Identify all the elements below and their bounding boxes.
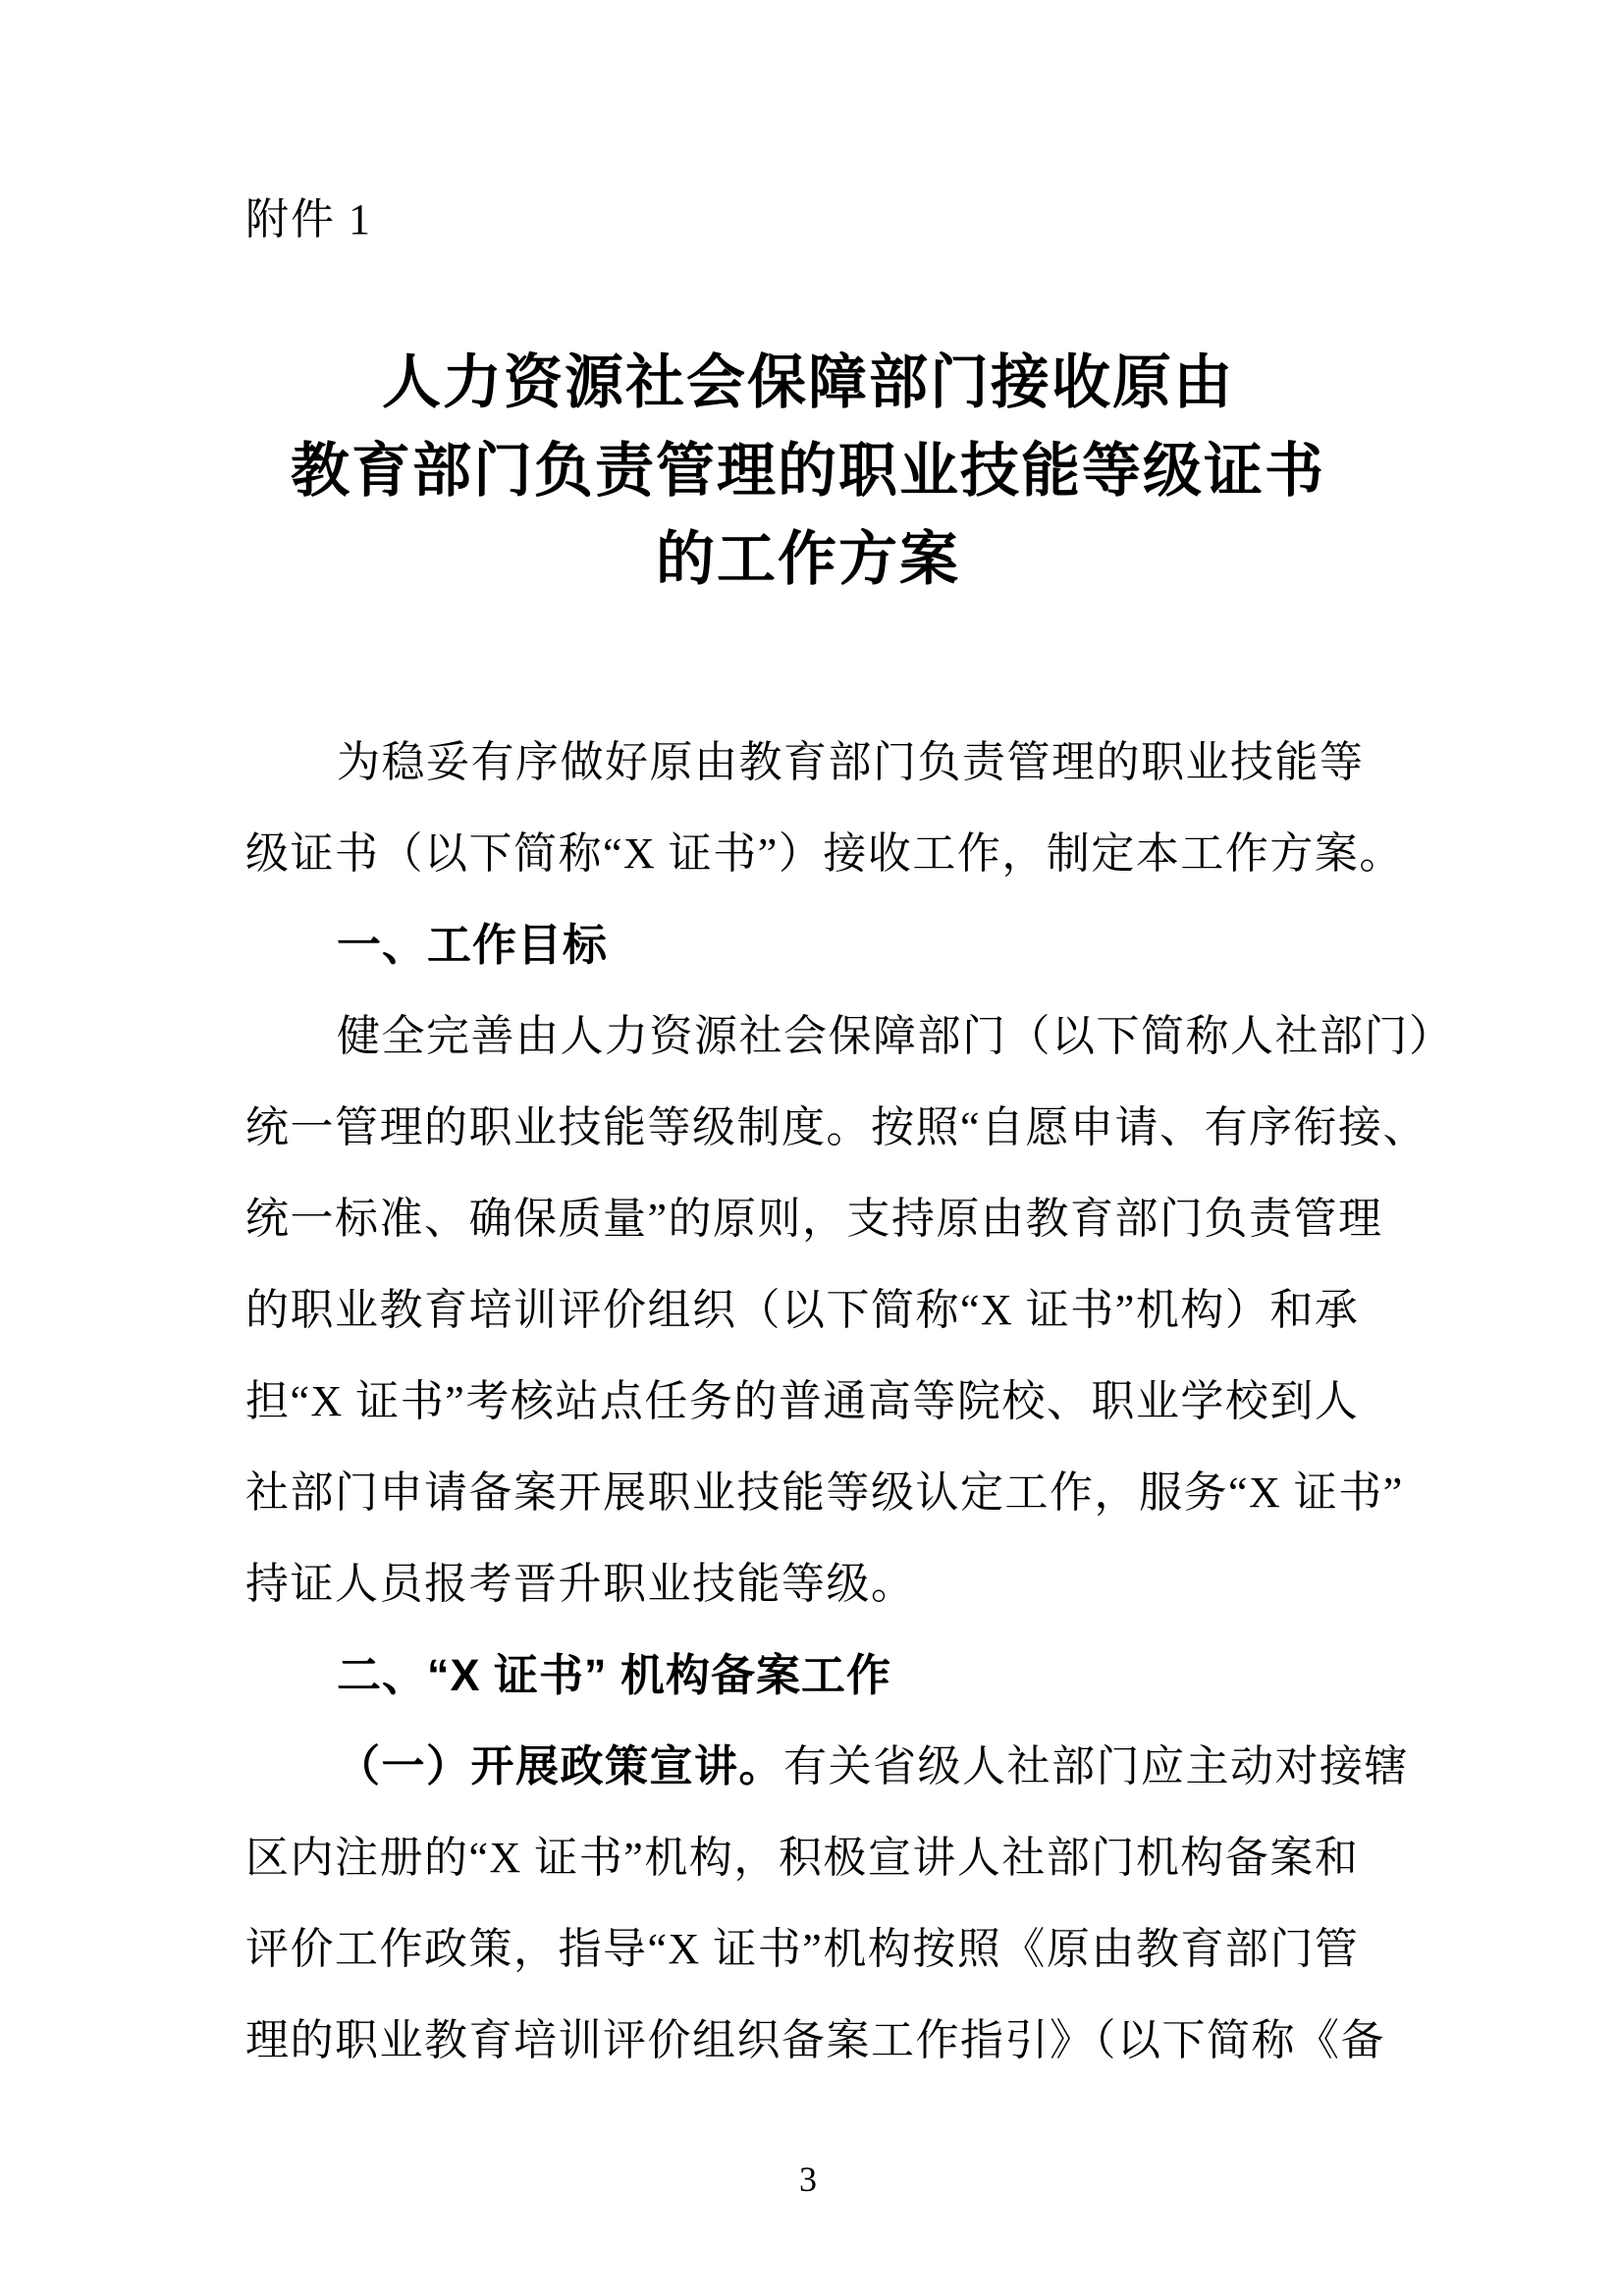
- document-title-line-2: 教育部门负责管理的职业技能等级证书: [0, 427, 1616, 515]
- body-line: 社部门申请备案开展职业技能等级认定工作，服务“X 证书”: [245, 1447, 1374, 1538]
- body-line: 健全完善由人力资源社会保障部门（以下简称人社部门）: [245, 990, 1374, 1082]
- item-lead-label: （一）开展政策宣讲。: [337, 1742, 783, 1790]
- section-heading-1: 一、工作目标: [245, 899, 1374, 990]
- body-line: 区内注册的“X 证书”机构，积极宣讲人社部门机构备案和: [245, 1812, 1374, 1903]
- document-title-line-3: 的工作方案: [0, 515, 1616, 604]
- document-body: 为稳妥有序做好原由教育部门负责管理的职业技能等 级证书（以下简称“X 证书”）接…: [245, 717, 1374, 2086]
- page-number: 3: [0, 2158, 1616, 2201]
- body-line-text: 有关省级人社部门应主动对接辖: [783, 1742, 1409, 1790]
- body-line: 统一标准、确保质量”的原则，支持原由教育部门负责管理: [245, 1173, 1374, 1264]
- body-line: 级证书（以下简称“X 证书”）接收工作，制定本工作方案。: [245, 808, 1374, 899]
- body-line: 统一管理的职业技能等级制度。按照“自愿申请、有序衔接、: [245, 1082, 1374, 1173]
- attachment-label: 附件 1: [245, 194, 372, 245]
- body-line: 理的职业教育培训评价组织备案工作指引》（以下简称《备: [245, 1995, 1374, 2086]
- body-line: （一）开展政策宣讲。有关省级人社部门应主动对接辖: [245, 1721, 1374, 1812]
- section-heading-2: 二、“X 证书” 机构备案工作: [245, 1629, 1374, 1721]
- body-line: 评价工作政策，指导“X 证书”机构按照《原由教育部门管: [245, 1903, 1374, 1995]
- document-page: 附件 1 人力资源社会保障部门接收原由 教育部门负责管理的职业技能等级证书 的工…: [0, 0, 1616, 2296]
- document-title: 人力资源社会保障部门接收原由 教育部门负责管理的职业技能等级证书 的工作方案: [0, 339, 1616, 604]
- body-line: 持证人员报考晋升职业技能等级。: [245, 1538, 1374, 1629]
- body-line: 担“X 证书”考核站点任务的普通高等院校、职业学校到人: [245, 1356, 1374, 1447]
- document-title-line-1: 人力资源社会保障部门接收原由: [0, 339, 1616, 427]
- body-line: 为稳妥有序做好原由教育部门负责管理的职业技能等: [245, 717, 1374, 808]
- body-line: 的职业教育培训评价组织（以下简称“X 证书”机构）和承: [245, 1264, 1374, 1356]
